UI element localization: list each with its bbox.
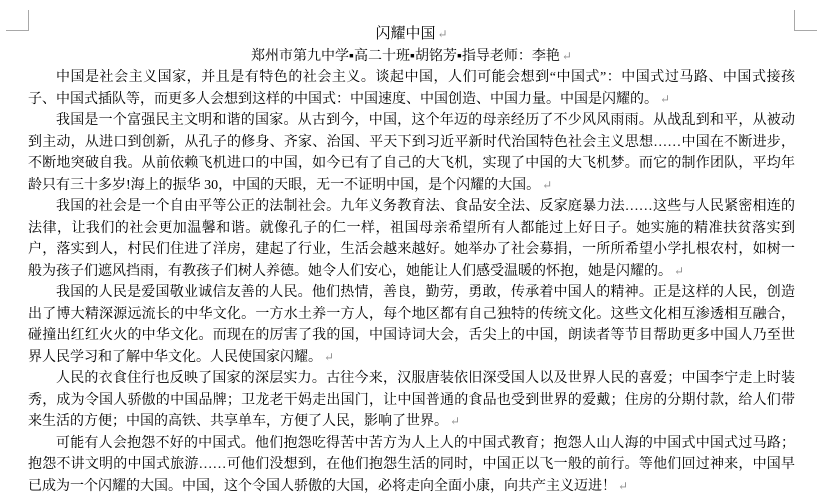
text-boundary-mark-top-left-icon — [6, 10, 29, 31]
paragraph-4: 我国的人民是爱国敬业诚信友善的人民。他们热情，善良，勤劳，勇敢，传承着中国人的精… — [28, 282, 795, 368]
paragraph-6-text: 可能有人会抱怨不好的中国式。他们抱怨吃得苦中苦方为人上人的中国式教育；抱怨人山人… — [28, 436, 795, 493]
paragraph-mark-icon: ↵ — [435, 24, 447, 46]
paragraph-mark-icon: ↵ — [672, 261, 684, 283]
document-page: 闪耀中国↵ 郑州市第九中学▪高二十班▪胡铭芳▪指导老师：李艳↵ 中国是社会主义国… — [0, 0, 823, 493]
document-byline: 郑州市第九中学▪高二十班▪胡铭芳▪指导老师：李艳↵ — [28, 46, 795, 68]
text-boundary-mark-top-right-icon — [794, 10, 817, 31]
paragraph-mark-icon: ↵ — [322, 347, 334, 369]
paragraph-6: 可能有人会抱怨不好的中国式。他们抱怨吃得苦中苦方为人上人的中国式教育；抱怨人山人… — [28, 433, 795, 493]
paragraph-mark-icon: ↵ — [540, 175, 552, 197]
title-text: 闪耀中国 — [375, 26, 435, 42]
byline-text: 郑州市第九中学▪高二十班▪胡铭芳▪指导老师：李艳 — [251, 49, 560, 64]
paragraph-4-text: 我国的人民是爱国敬业诚信友善的人民。他们热情，善良，勤劳，勇敢，传承着中国人的精… — [28, 285, 795, 365]
paragraph-mark-icon: ↵ — [616, 476, 628, 493]
paragraph-5-text: 人民的衣食住行也反映了国家的深层实力。古往今来，汉服唐装依旧深受国人以及世界人民… — [28, 371, 795, 429]
document-title: 闪耀中国↵ — [28, 24, 795, 46]
paragraph-1-text: 中国是社会主义国家，并且是有特色的社会主义。谈起中国，人们可能会想到“中国式”：… — [28, 70, 795, 107]
paragraph-mark-icon: ↵ — [448, 411, 460, 433]
paragraph-2: 我国是一个富强民主文明和谐的国家。从古到今，中国，这个年迈的母亲经历了不少风风雨… — [28, 110, 795, 196]
paragraph-5: 人民的衣食住行也反映了国家的深层实力。古往今来，汉服唐装依旧深受国人以及世界人民… — [28, 368, 795, 433]
paragraph-mark-icon: ↵ — [658, 89, 670, 111]
paragraph-2-text: 我国是一个富强民主文明和谐的国家。从古到今，中国，这个年迈的母亲经历了不少风风雨… — [28, 113, 795, 193]
paragraph-1: 中国是社会主义国家，并且是有特色的社会主义。谈起中国，人们可能会想到“中国式”：… — [28, 67, 795, 110]
paragraph-mark-icon: ↵ — [560, 46, 572, 68]
document-body: 闪耀中国↵ 郑州市第九中学▪高二十班▪胡铭芳▪指导老师：李艳↵ 中国是社会主义国… — [28, 24, 795, 493]
paragraph-3: 我国的社会是一个自由平等公正的法制社会。九年义务教育法、食品安全法、反家庭暴力法… — [28, 196, 795, 282]
